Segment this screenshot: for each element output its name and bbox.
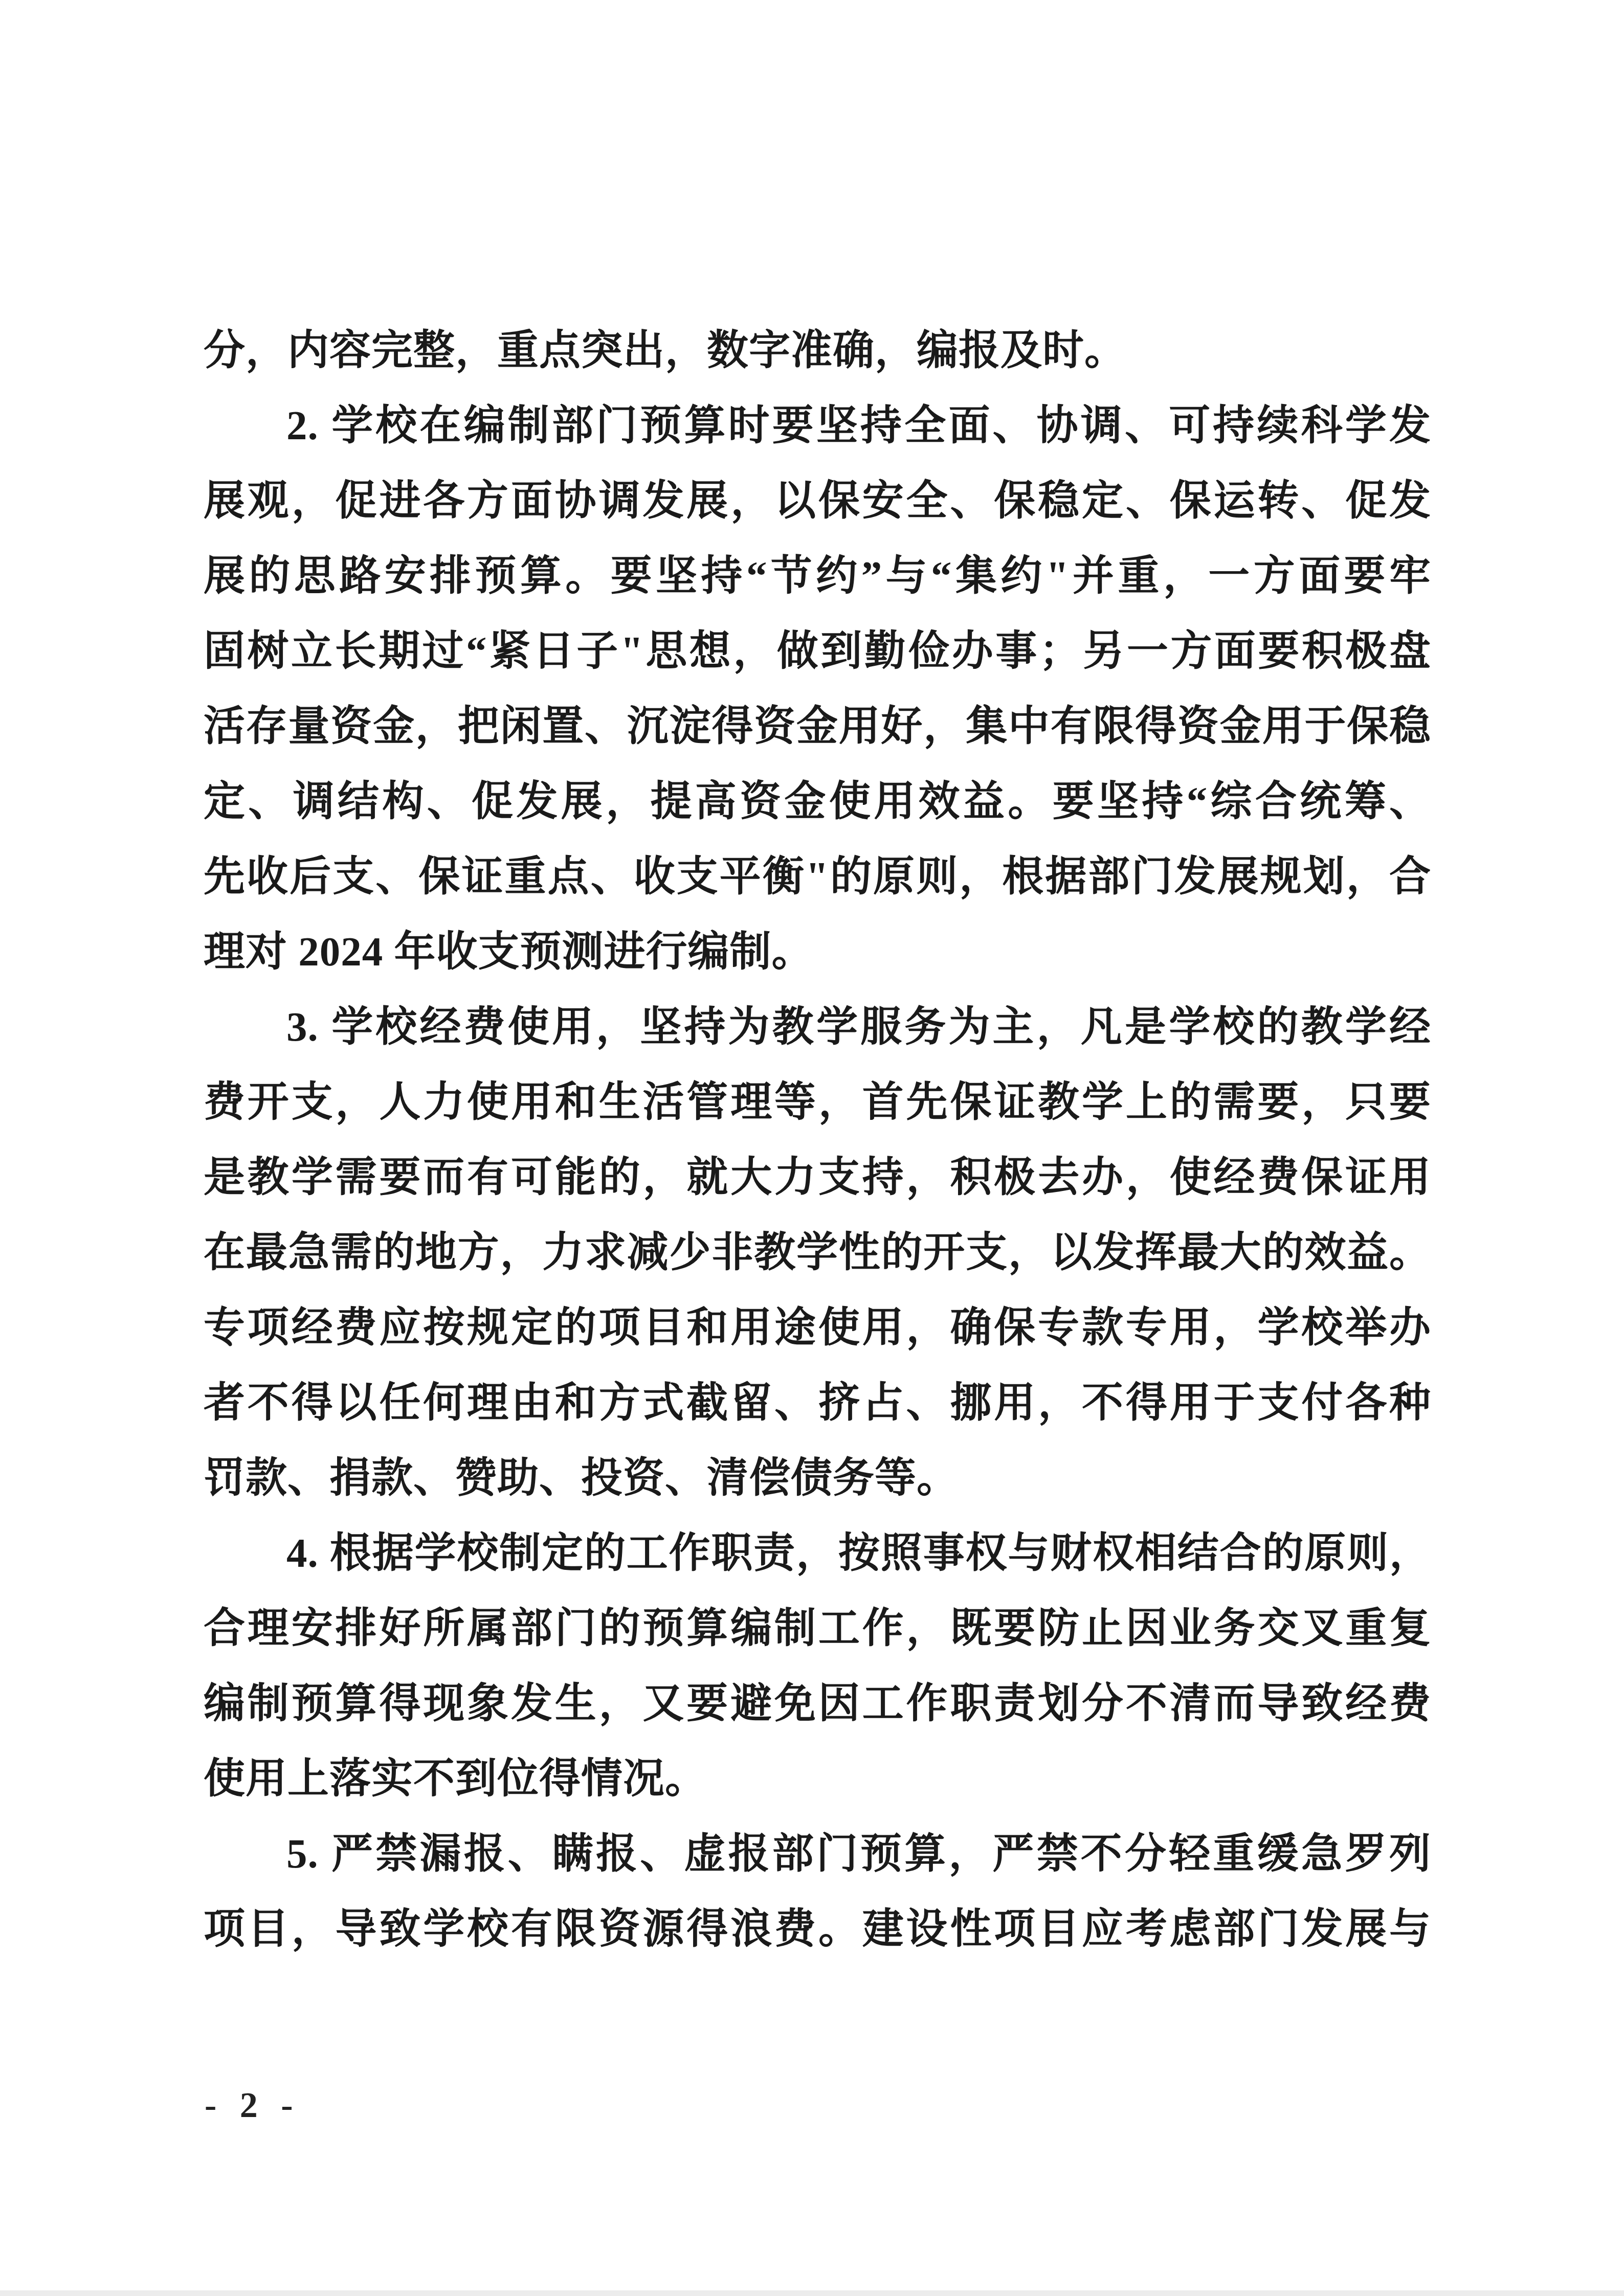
text-line: 项目，导致学校有限资源得浪费。建设性项目应考虑部门发展与 [204, 1892, 1431, 1967]
text-line: 分，内容完整，重点突出，数字准确，编报及时。 [204, 313, 1431, 388]
text-block: 分，内容完整，重点突出，数字准确，编报及时。 2. 学校在编制部门预算时要坚持全… [204, 313, 1431, 1967]
text-line: 使用上落实不到位得情况。 [204, 1741, 1431, 1816]
text-line: 理对 2024 年收支预测进行编制。 [204, 914, 1431, 989]
text-line: 罚款、捐款、赞助、投资、清偿债务等。 [204, 1440, 1431, 1516]
text-line: 2. 学校在编制部门预算时要坚持全面、协调、可持续科学发 [204, 388, 1431, 463]
text-line: 展的思路安排预算。要坚持“节约”与“集约"并重，一方面要牢 [204, 538, 1431, 614]
text-line: 费开支，人力使用和生活管理等，首先保证教学上的需要，只要 [204, 1065, 1431, 1140]
text-line: 者不得以任何理由和方式截留、挤占、挪用，不得用于支付各种 [204, 1365, 1431, 1440]
text-line: 专项经费应按规定的项目和用途使用，确保专款专用，学校举办 [204, 1290, 1431, 1365]
text-line: 活存量资金，把闲置、沉淀得资金用好，集中有限得资金用于保稳 [204, 689, 1431, 764]
text-line: 固树立长期过“紧日子"思想，做到勤俭办事；另一方面要积极盘 [204, 614, 1431, 689]
scan-bottom-edge [0, 2290, 1624, 2296]
text-line: 合理安排好所属部门的预算编制工作，既要防止因业务交叉重复 [204, 1591, 1431, 1666]
document-page: 分，内容完整，重点突出，数字准确，编报及时。 2. 学校在编制部门预算时要坚持全… [0, 0, 1624, 2296]
text-line: 定、调结构、促发展，提高资金使用效益。要坚持“综合统筹、 [204, 764, 1431, 839]
text-line: 在最急需的地方，力求减少非教学性的开支，以发挥最大的效益。 [204, 1215, 1431, 1290]
text-line: 是教学需要而有可能的，就大力支持，积极去办，使经费保证用 [204, 1140, 1431, 1215]
page-number: - 2 - [205, 2085, 300, 2126]
text-line: 3. 学校经费使用，坚持为教学服务为主，凡是学校的教学经 [204, 989, 1431, 1065]
text-line: 4. 根据学校制定的工作职责，按照事权与财权相结合的原则， [204, 1516, 1431, 1591]
text-line: 展观，促进各方面协调发展，以保安全、保稳定、保运转、促发 [204, 463, 1431, 538]
text-line: 先收后支、保证重点、收支平衡"的原则，根据部门发展规划，合 [204, 839, 1431, 914]
text-line: 5. 严禁漏报、瞒报、虚报部门预算，严禁不分轻重缓急罗列 [204, 1816, 1431, 1892]
text-line: 编制预算得现象发生，又要避免因工作职责划分不清而导致经费 [204, 1666, 1431, 1741]
